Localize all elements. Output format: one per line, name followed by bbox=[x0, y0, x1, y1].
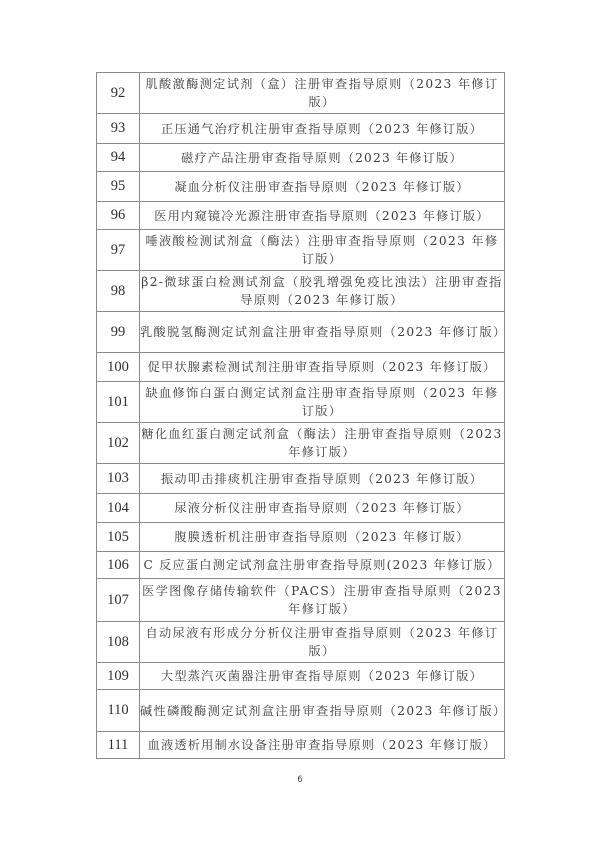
row-number: 97 bbox=[97, 230, 140, 271]
table-row: 92肌酸激酶测定试剂（盒）注册审查指导原则（2023 年修订版） bbox=[97, 73, 505, 114]
row-number: 100 bbox=[97, 353, 140, 382]
table-row: 102糖化血红蛋白测定试剂盒（酶法）注册审查指导原则（2023 年修订版） bbox=[97, 423, 505, 464]
guideline-title: C 反应蛋白测定试剂盒注册审查指导原则(2023 年修订版） bbox=[140, 552, 505, 579]
table-row: 108自动尿液有形成分分析仪注册审查指导原则（2023 年修订版） bbox=[97, 622, 505, 663]
table-row: 94磁疗产品注册审查指导原则（2023 年修订版） bbox=[97, 144, 505, 172]
table-row: 107医学图像存储传输软件（PACS）注册审查指导原则（2023 年修订版） bbox=[97, 579, 505, 622]
table-row: 104尿液分析仪注册审查指导原则（2023 年修订版） bbox=[97, 494, 505, 523]
guideline-title: 乳酸脱氢酶测定试剂盒注册审查指导原则（2023 年修订版） bbox=[140, 312, 505, 353]
row-number: 105 bbox=[97, 523, 140, 552]
guideline-title: 糖化血红蛋白测定试剂盒（酶法）注册审查指导原则（2023 年修订版） bbox=[140, 423, 505, 464]
guideline-title: 尿液分析仪注册审查指导原则（2023 年修订版） bbox=[140, 494, 505, 523]
table-row: 95凝血分析仪注册审查指导原则（2023 年修订版） bbox=[97, 172, 505, 202]
table-row: 99乳酸脱氢酶测定试剂盒注册审查指导原则（2023 年修订版） bbox=[97, 312, 505, 353]
table-row: 105腹膜透析机注册审查指导原则（2023 年修订版） bbox=[97, 523, 505, 552]
row-number: 103 bbox=[97, 464, 140, 494]
row-number: 109 bbox=[97, 663, 140, 690]
row-number: 111 bbox=[97, 732, 140, 759]
guideline-title: 肌酸激酶测定试剂（盒）注册审查指导原则（2023 年修订版） bbox=[140, 73, 505, 114]
page-number: 6 bbox=[0, 775, 600, 785]
row-number: 101 bbox=[97, 382, 140, 423]
table-row: 110碱性磷酸酶测定试剂盒注册审查指导原则（2023 年修订版） bbox=[97, 690, 505, 732]
guideline-title: 医用内窥镜冷光源注册审查指导原则（2023 年修订版） bbox=[140, 202, 505, 230]
guideline-title: 磁疗产品注册审查指导原则（2023 年修订版） bbox=[140, 144, 505, 172]
table-row: 93正压通气治疗机注册审查指导原则（2023 年修订版） bbox=[97, 114, 505, 144]
guideline-title: 大型蒸汽灭菌器注册审查指导原则（2023 年修订版） bbox=[140, 663, 505, 690]
row-number: 93 bbox=[97, 114, 140, 144]
row-number: 94 bbox=[97, 144, 140, 172]
document-page: 92肌酸激酶测定试剂（盒）注册审查指导原则（2023 年修订版）93正压通气治疗… bbox=[0, 0, 600, 848]
table-row: 101缺血修饰白蛋白测定试剂盒注册审查指导原则（2023 年修订版） bbox=[97, 382, 505, 423]
row-number: 98 bbox=[97, 271, 140, 312]
row-number: 102 bbox=[97, 423, 140, 464]
guideline-title: 碱性磷酸酶测定试剂盒注册审查指导原则（2023 年修订版） bbox=[140, 690, 505, 732]
row-number: 95 bbox=[97, 172, 140, 202]
guideline-title: 腹膜透析机注册审查指导原则（2023 年修订版） bbox=[140, 523, 505, 552]
table-body: 92肌酸激酶测定试剂（盒）注册审查指导原则（2023 年修订版）93正压通气治疗… bbox=[97, 73, 505, 759]
row-number: 99 bbox=[97, 312, 140, 353]
table-row: 103振动叩击排痰机注册审查指导原则（2023 年修订版） bbox=[97, 464, 505, 494]
guideline-title: 凝血分析仪注册审查指导原则（2023 年修订版） bbox=[140, 172, 505, 202]
row-number: 104 bbox=[97, 494, 140, 523]
table-row: 109大型蒸汽灭菌器注册审查指导原则（2023 年修订版） bbox=[97, 663, 505, 690]
row-number: 110 bbox=[97, 690, 140, 732]
row-number: 107 bbox=[97, 579, 140, 622]
row-number: 96 bbox=[97, 202, 140, 230]
guideline-title: 血液透析用制水设备注册审查指导原则（2023 年修订版） bbox=[140, 732, 505, 759]
guideline-title: 促甲状腺素检测试剂注册审查指导原则（2023 年修订版） bbox=[140, 353, 505, 382]
guideline-title: 唾液酸检测试剂盒（酶法）注册审查指导原则（2023 年修订版） bbox=[140, 230, 505, 271]
table-row: 98β2-微球蛋白检测试剂盒（胶乳增强免疫比浊法）注册审查指导原则（2023 年… bbox=[97, 271, 505, 312]
guidelines-table: 92肌酸激酶测定试剂（盒）注册审查指导原则（2023 年修订版）93正压通气治疗… bbox=[96, 72, 505, 759]
guideline-title: 正压通气治疗机注册审查指导原则（2023 年修订版） bbox=[140, 114, 505, 144]
row-number: 92 bbox=[97, 73, 140, 114]
table-row: 97唾液酸检测试剂盒（酶法）注册审查指导原则（2023 年修订版） bbox=[97, 230, 505, 271]
row-number: 108 bbox=[97, 622, 140, 663]
table-row: 96医用内窥镜冷光源注册审查指导原则（2023 年修订版） bbox=[97, 202, 505, 230]
guideline-title: 医学图像存储传输软件（PACS）注册审查指导原则（2023 年修订版） bbox=[140, 579, 505, 622]
table-row: 106C 反应蛋白测定试剂盒注册审查指导原则(2023 年修订版） bbox=[97, 552, 505, 579]
table-row: 111血液透析用制水设备注册审查指导原则（2023 年修订版） bbox=[97, 732, 505, 759]
guideline-title: 振动叩击排痰机注册审查指导原则（2023 年修订版） bbox=[140, 464, 505, 494]
row-number: 106 bbox=[97, 552, 140, 579]
guideline-title: 缺血修饰白蛋白测定试剂盒注册审查指导原则（2023 年修订版） bbox=[140, 382, 505, 423]
guideline-title: β2-微球蛋白检测试剂盒（胶乳增强免疫比浊法）注册审查指导原则（2023 年修订… bbox=[140, 271, 505, 312]
table-row: 100促甲状腺素检测试剂注册审查指导原则（2023 年修订版） bbox=[97, 353, 505, 382]
guideline-title: 自动尿液有形成分分析仪注册审查指导原则（2023 年修订版） bbox=[140, 622, 505, 663]
